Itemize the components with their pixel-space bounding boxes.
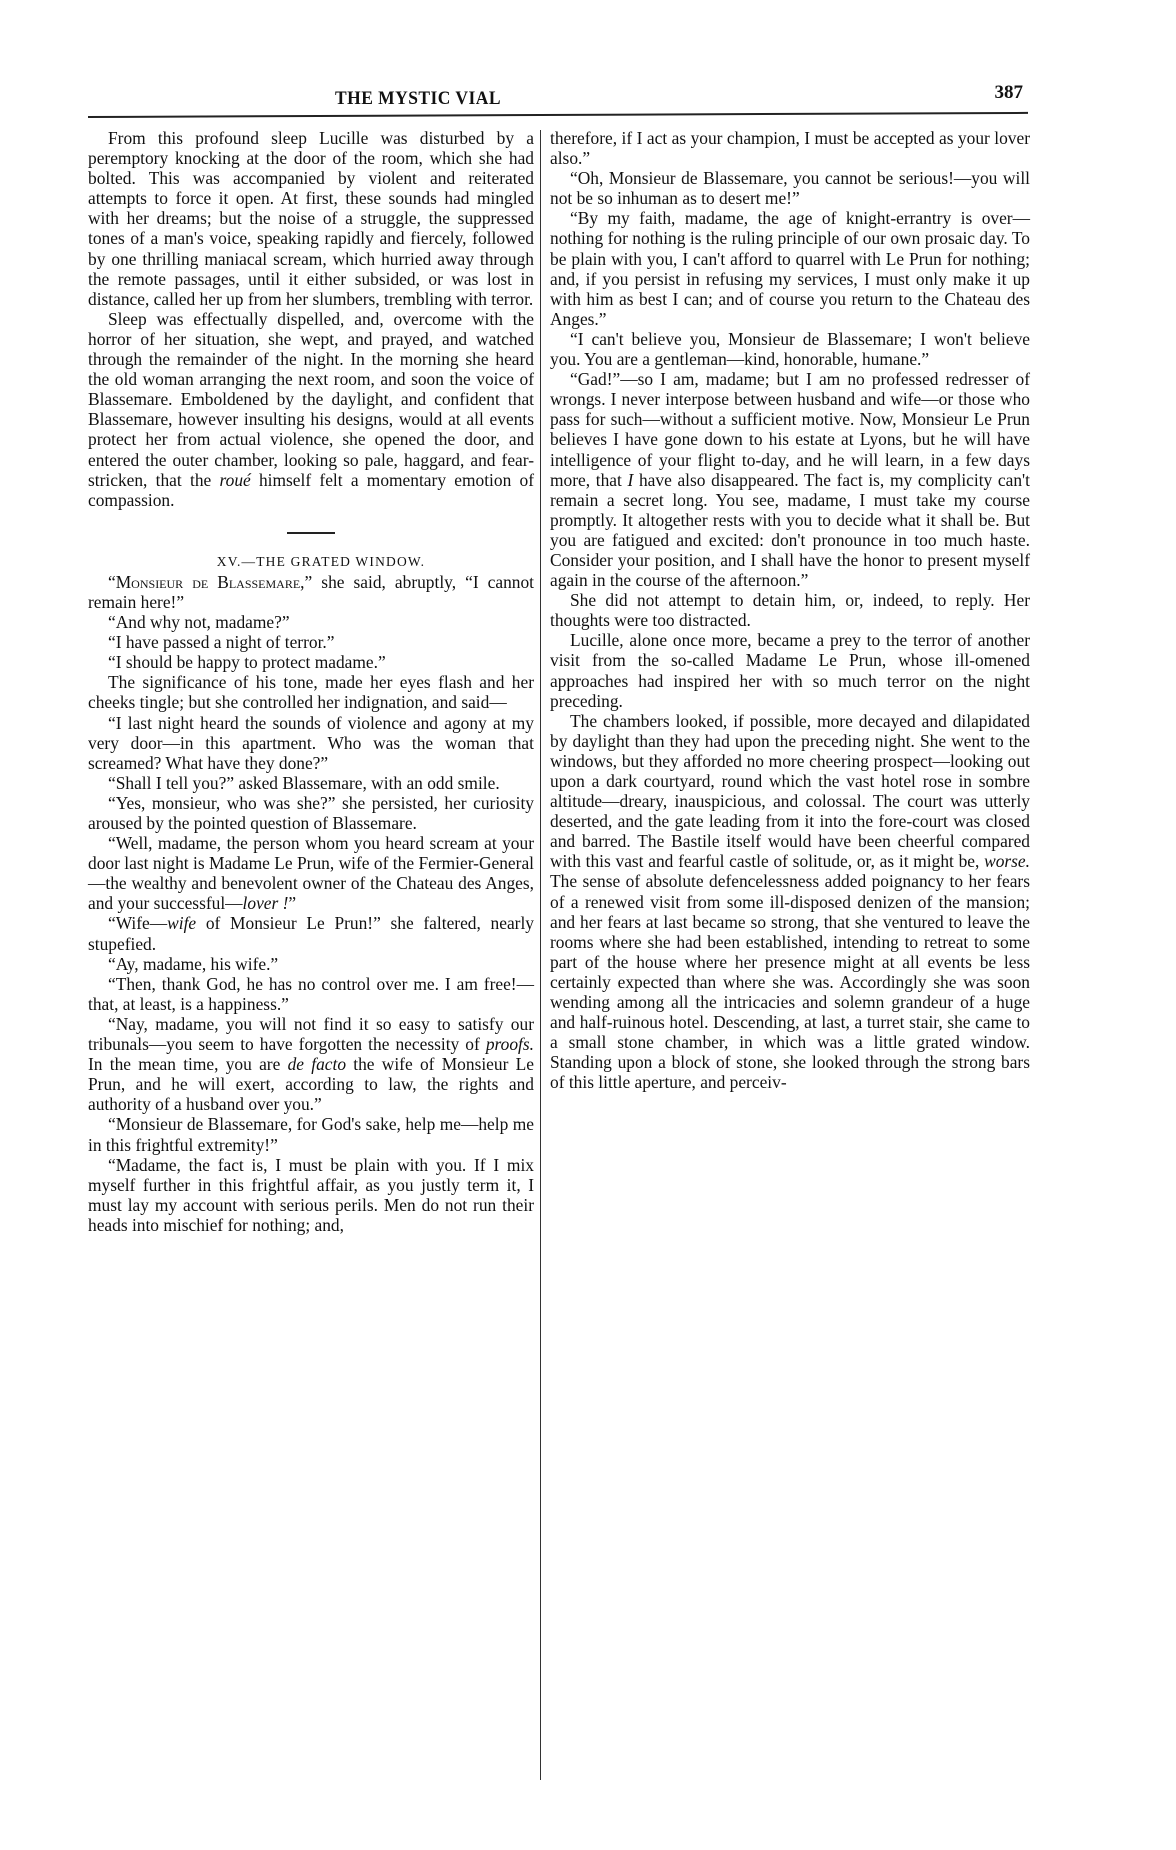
paragraph: From this profound sleep Lucille was dis… bbox=[88, 128, 534, 309]
paragraph: “I can't believe you, Monsieur de Blasse… bbox=[550, 329, 1030, 369]
paragraph: Sleep was effectually dispelled, and, ov… bbox=[88, 309, 534, 510]
small-caps-text: “Monsieur de Blassemare,” bbox=[108, 572, 312, 592]
paragraph: Lucille, alone once more, became a prey … bbox=[550, 630, 1030, 710]
italic-text: wife bbox=[167, 913, 196, 933]
running-title: THE MYSTIC VIAL bbox=[114, 88, 721, 110]
section-divider bbox=[287, 532, 335, 534]
paragraph: “And why not, madame?” bbox=[88, 612, 534, 632]
running-header: THE MYSTIC VIAL 387 bbox=[88, 82, 1033, 112]
paragraph: “I should be happy to protect madame.” bbox=[88, 652, 534, 672]
right-column: therefore, if I act as your champion, I … bbox=[550, 128, 1030, 1093]
paragraph: The significance of his tone, made her e… bbox=[88, 672, 534, 712]
paragraph: “Yes, monsieur, who was she?” she persis… bbox=[88, 793, 534, 833]
paragraph-continued: therefore, if I act as your champion, I … bbox=[550, 128, 1030, 168]
header-rule bbox=[88, 112, 1028, 118]
two-column-body: From this profound sleep Lucille was dis… bbox=[88, 128, 1033, 1788]
left-column: From this profound sleep Lucille was dis… bbox=[88, 128, 534, 1235]
italic-text: de facto bbox=[288, 1054, 346, 1074]
paragraph: “Monsieur de Blassemare, for God's sake,… bbox=[88, 1114, 534, 1154]
paragraph: “Ay, madame, his wife.” bbox=[88, 954, 534, 974]
paragraph: “Wife—wife of Monsieur Le Prun!” she fal… bbox=[88, 913, 534, 953]
paragraph: “Monsieur de Blassemare,” she said, abru… bbox=[88, 572, 534, 612]
chapter-heading: XV.—THE GRATED WINDOW. bbox=[88, 552, 534, 572]
paragraph: “By my faith, madame, the age of knight-… bbox=[550, 208, 1030, 329]
column-divider bbox=[540, 130, 541, 1780]
paragraph: The chambers looked, if possible, more d… bbox=[550, 711, 1030, 1093]
page-number: 387 bbox=[995, 82, 1024, 104]
italic-text: proofs. bbox=[486, 1034, 534, 1054]
paragraph: “Madame, the fact is, I must be plain wi… bbox=[88, 1155, 534, 1235]
paragraph: She did not attempt to detain him, or, i… bbox=[550, 590, 1030, 630]
paragraph: “Gad!”—so I am, madame; but I am no prof… bbox=[550, 369, 1030, 590]
paragraph: “Nay, madame, you will not find it so ea… bbox=[88, 1014, 534, 1114]
paragraph: “I last night heard the sounds of violen… bbox=[88, 713, 534, 773]
paragraph: “I have passed a night of terror.” bbox=[88, 632, 534, 652]
paragraph: “Oh, Monsieur de Blassemare, you cannot … bbox=[550, 168, 1030, 208]
paragraph: “Then, thank God, he has no control over… bbox=[88, 974, 534, 1014]
book-page: THE MYSTIC VIAL 387 From this profound s… bbox=[0, 0, 1176, 1850]
italic-text: roué bbox=[220, 470, 251, 490]
italic-text: worse. bbox=[984, 851, 1030, 871]
paragraph: “Shall I tell you?” asked Blassemare, wi… bbox=[88, 773, 534, 793]
paragraph: “Well, madame, the person whom you heard… bbox=[88, 833, 534, 913]
italic-text: lover ! bbox=[243, 893, 289, 913]
